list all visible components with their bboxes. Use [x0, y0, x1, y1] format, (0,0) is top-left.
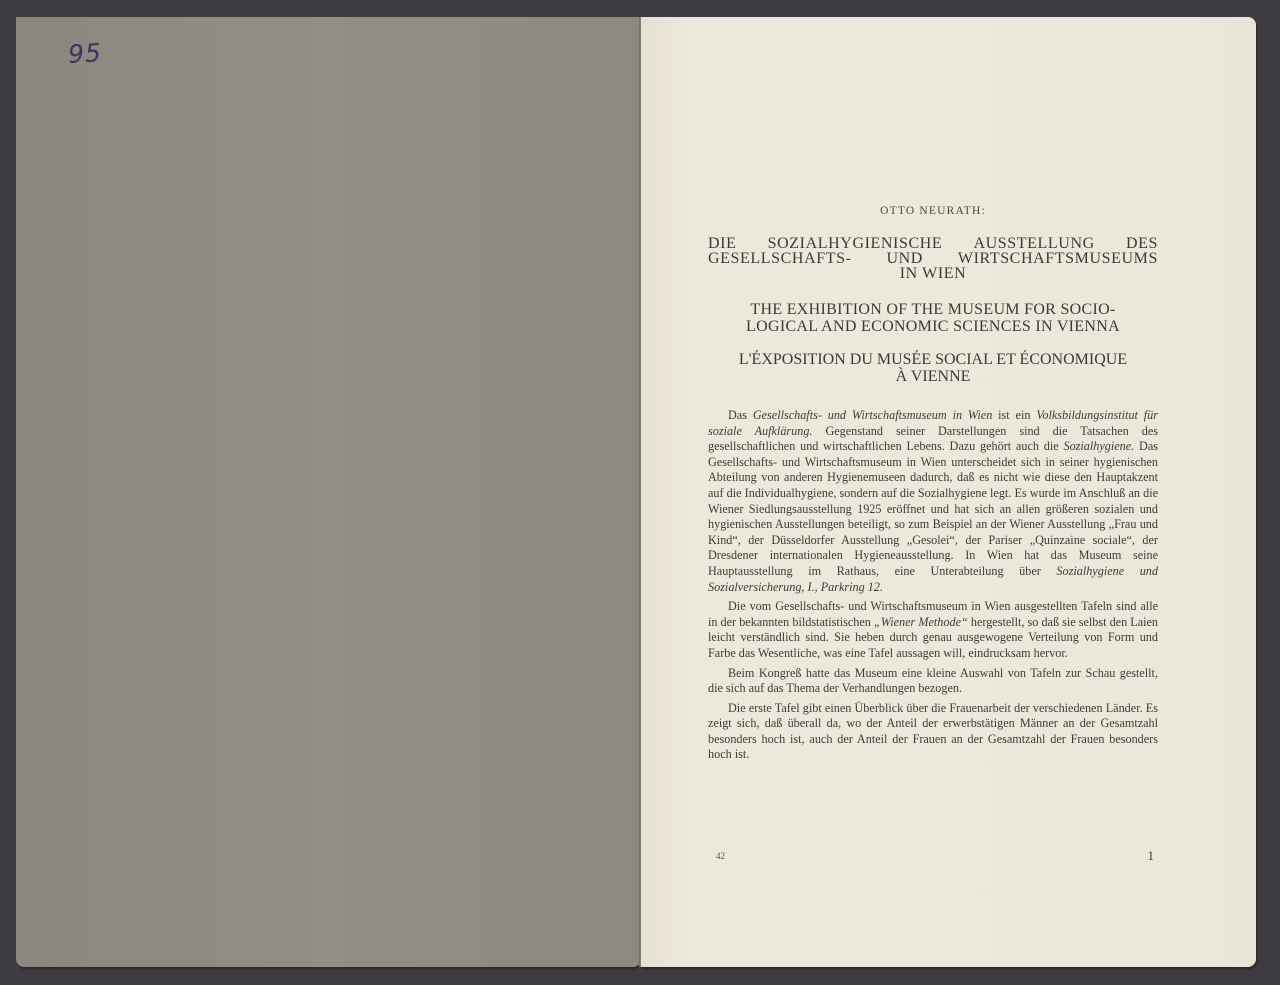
paragraph-3: Beim Kongreß hatte das Museum eine klein… [708, 666, 1158, 697]
text-run: Das [728, 408, 753, 422]
title-french-line-1: L'ÉXPOSITION DU MUSÉE SOCIAL ET ÉCONOMIQ… [708, 351, 1158, 368]
article-body: Das Gesellschafts- und Wirtschaftsmuseum… [708, 408, 1158, 767]
title-english: THE EXHIBITION OF THE MUSEUM FOR SOCIO- … [708, 301, 1158, 335]
title-french-line-2: À VIENNE [708, 368, 1158, 385]
title-word: DES [1126, 236, 1158, 251]
paragraph-4: Die erste Tafel gibt einen Überblick übe… [708, 701, 1158, 763]
title-german-line-1: DIE SOZIALHYGIENISCHE AUSSTELLUNG DES [708, 236, 1158, 251]
text-run: ist ein [992, 408, 1036, 422]
title-word: SOZIALHYGIENISCHE [768, 236, 943, 251]
italic-run: Sozialhygiene. [1063, 439, 1134, 453]
right-page: OTTO NEURATH: DIE SOZIALHYGIENISCHE AUSS… [641, 17, 1256, 967]
italic-run: Gesellschafts- und Wirtschaftsmuseum in … [753, 408, 992, 422]
title-word: AUSSTELLUNG [973, 236, 1094, 251]
title-german: DIE SOZIALHYGIENISCHE AUSSTELLUNG DES GE… [708, 236, 1158, 281]
title-word: GESELLSCHAFTS- [708, 251, 852, 266]
title-german-line-3: IN WIEN [708, 266, 1158, 281]
author-heading: OTTO NEURATH: [708, 205, 1158, 217]
title-word: DIE [708, 236, 736, 251]
folio-signature: 42 [716, 851, 725, 861]
left-page-cover: 95 [16, 17, 641, 967]
handwritten-page-number: 95 [67, 38, 102, 69]
title-english-line-1: THE EXHIBITION OF THE MUSEUM FOR SOCIO- [708, 301, 1158, 318]
paragraph-1: Das Gesellschafts- und Wirtschaftsmuseum… [708, 408, 1158, 595]
title-german-line-2: GESELLSCHAFTS- UND WIRTSCHAFTSMUSEUMS [708, 251, 1158, 266]
page-number: 1 [1148, 848, 1155, 864]
text-run: Das Gesellschafts- und Wirtschaftsmuseum… [708, 439, 1158, 578]
italic-run: „Wiener Methode“ [874, 615, 968, 629]
title-french: L'ÉXPOSITION DU MUSÉE SOCIAL ET ÉCONOMIQ… [708, 351, 1158, 385]
title-word: WIRTSCHAFTSMUSEUMS [958, 251, 1158, 266]
title-english-line-2: LOGICAL AND ECONOMIC SCIENCES IN VIENNA [708, 318, 1158, 335]
paragraph-2: Die vom Gesellschafts- und Wirtschaftsmu… [708, 599, 1158, 661]
title-word: UND [886, 251, 922, 266]
